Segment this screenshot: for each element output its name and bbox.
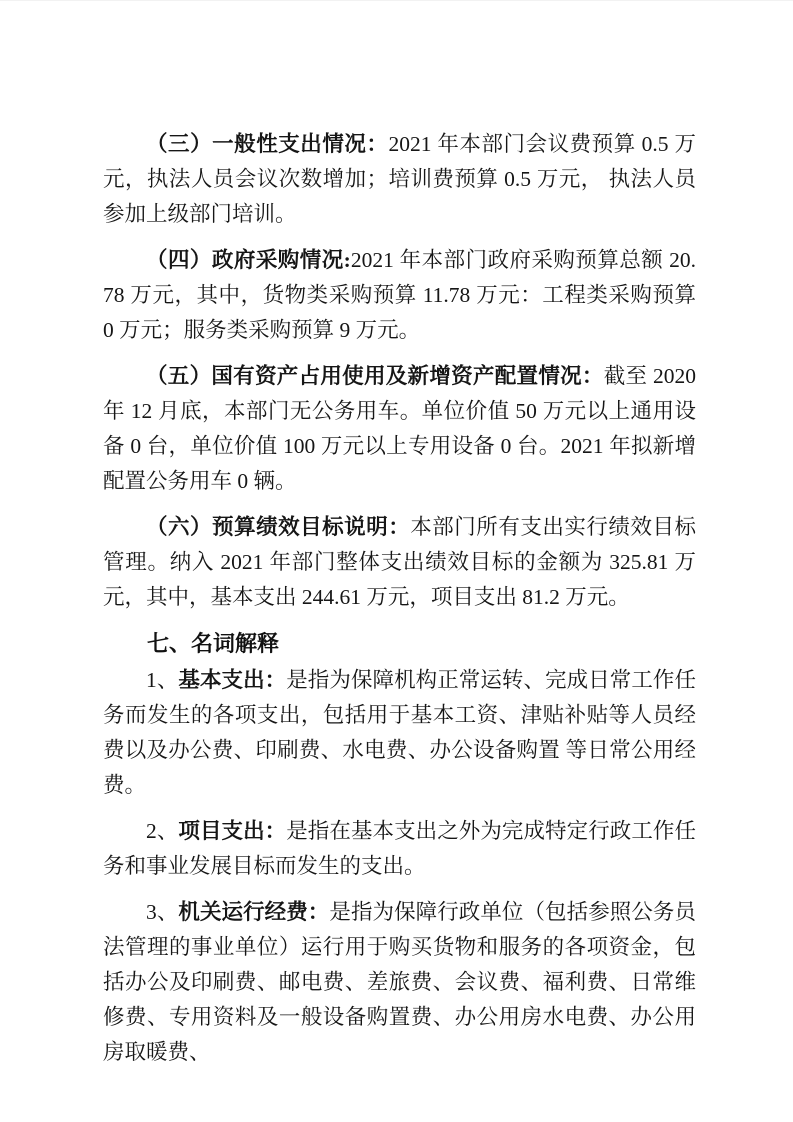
term-bold-label: 机关运行经费：	[178, 900, 329, 924]
section-heading-terms: 七、名词解释	[103, 626, 696, 661]
term-agency-operating-funds: 3、机关运行经费：是指为保障行政单位（包括参照公务员法管理的事业单位）运行用于购…	[103, 895, 696, 1070]
term-number: 1、	[146, 668, 178, 692]
term-number: 2、	[146, 819, 178, 843]
paragraph-state-assets: （五）国有资产占用使用及新增资产配置情况：截至 2020 年 12 月底，本部门…	[103, 359, 696, 499]
paragraph-government-procurement: （四）政府采购情况:2021 年本部门政府采购预算总额 20.78 万元，其中，…	[103, 243, 696, 348]
paragraph-bold-label: （五）国有资产占用使用及新增资产配置情况：	[146, 364, 604, 388]
document-content: （三）一般性支出情况：2021 年本部门会议费预算 0.5 万元，执法人员会议次…	[0, 1, 793, 1070]
term-bold-label: 基本支出：	[178, 668, 286, 692]
document-page: （三）一般性支出情况：2021 年本部门会议费预算 0.5 万元，执法人员会议次…	[0, 0, 793, 1122]
term-body-text: 是指为保障行政单位（包括参照公务员法管理的事业单位）运行用于购买货物和服务的各项…	[103, 900, 696, 1064]
paragraph-general-expense: （三）一般性支出情况：2021 年本部门会议费预算 0.5 万元，执法人员会议次…	[103, 127, 696, 232]
term-basic-expense: 1、基本支出：是指为保障机构正常运转、完成日常工作任务而发生的各项支出，包括用于…	[103, 663, 696, 803]
term-bold-label: 项目支出：	[178, 819, 286, 843]
paragraph-performance-targets: （六）预算绩效目标说明：本部门所有支出实行绩效目标管理。纳入 2021 年部门整…	[103, 510, 696, 615]
paragraph-bold-label: （四）政府采购情况:	[146, 248, 351, 272]
term-number: 3、	[146, 900, 178, 924]
paragraph-bold-label: （三）一般性支出情况：	[146, 132, 388, 156]
paragraph-bold-label: （六）预算绩效目标说明：	[146, 515, 410, 539]
term-project-expense: 2、项目支出：是指在基本支出之外为完成特定行政工作任务和事业发展目标而发生的支出…	[103, 814, 696, 884]
